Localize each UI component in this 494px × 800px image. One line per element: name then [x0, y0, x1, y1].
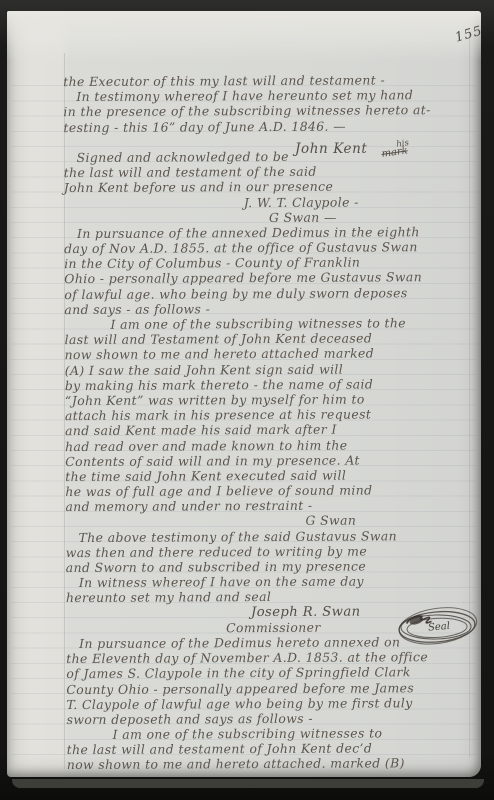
seal-icon: Seal — [391, 595, 482, 658]
document-line: in the presence of the subscribing witne… — [63, 102, 469, 119]
his-mark-notation: hismark — [380, 139, 411, 159]
book-edge — [12, 779, 484, 788]
signature-john-kent: John Kenthismark — [295, 138, 410, 157]
document-line: day of Nov A.D. 1855. at the office of G… — [64, 239, 470, 256]
document-line: T. Claypole of lawful age who being by m… — [66, 695, 472, 712]
signature-name: John Kent — [295, 141, 367, 157]
seal-label: Seal — [428, 621, 451, 634]
document-line: County Ohio - personally appeared before… — [66, 679, 472, 696]
document-line: now shown to me and hereto attached. mar… — [67, 755, 473, 772]
document-line: Ohio - personally appeared before me Gus… — [64, 269, 470, 286]
document-lines: the Executor of this my last will and te… — [63, 72, 473, 773]
document-page: 155 the Executor of this my last will an… — [7, 11, 481, 777]
page-number: 155 — [453, 23, 484, 45]
